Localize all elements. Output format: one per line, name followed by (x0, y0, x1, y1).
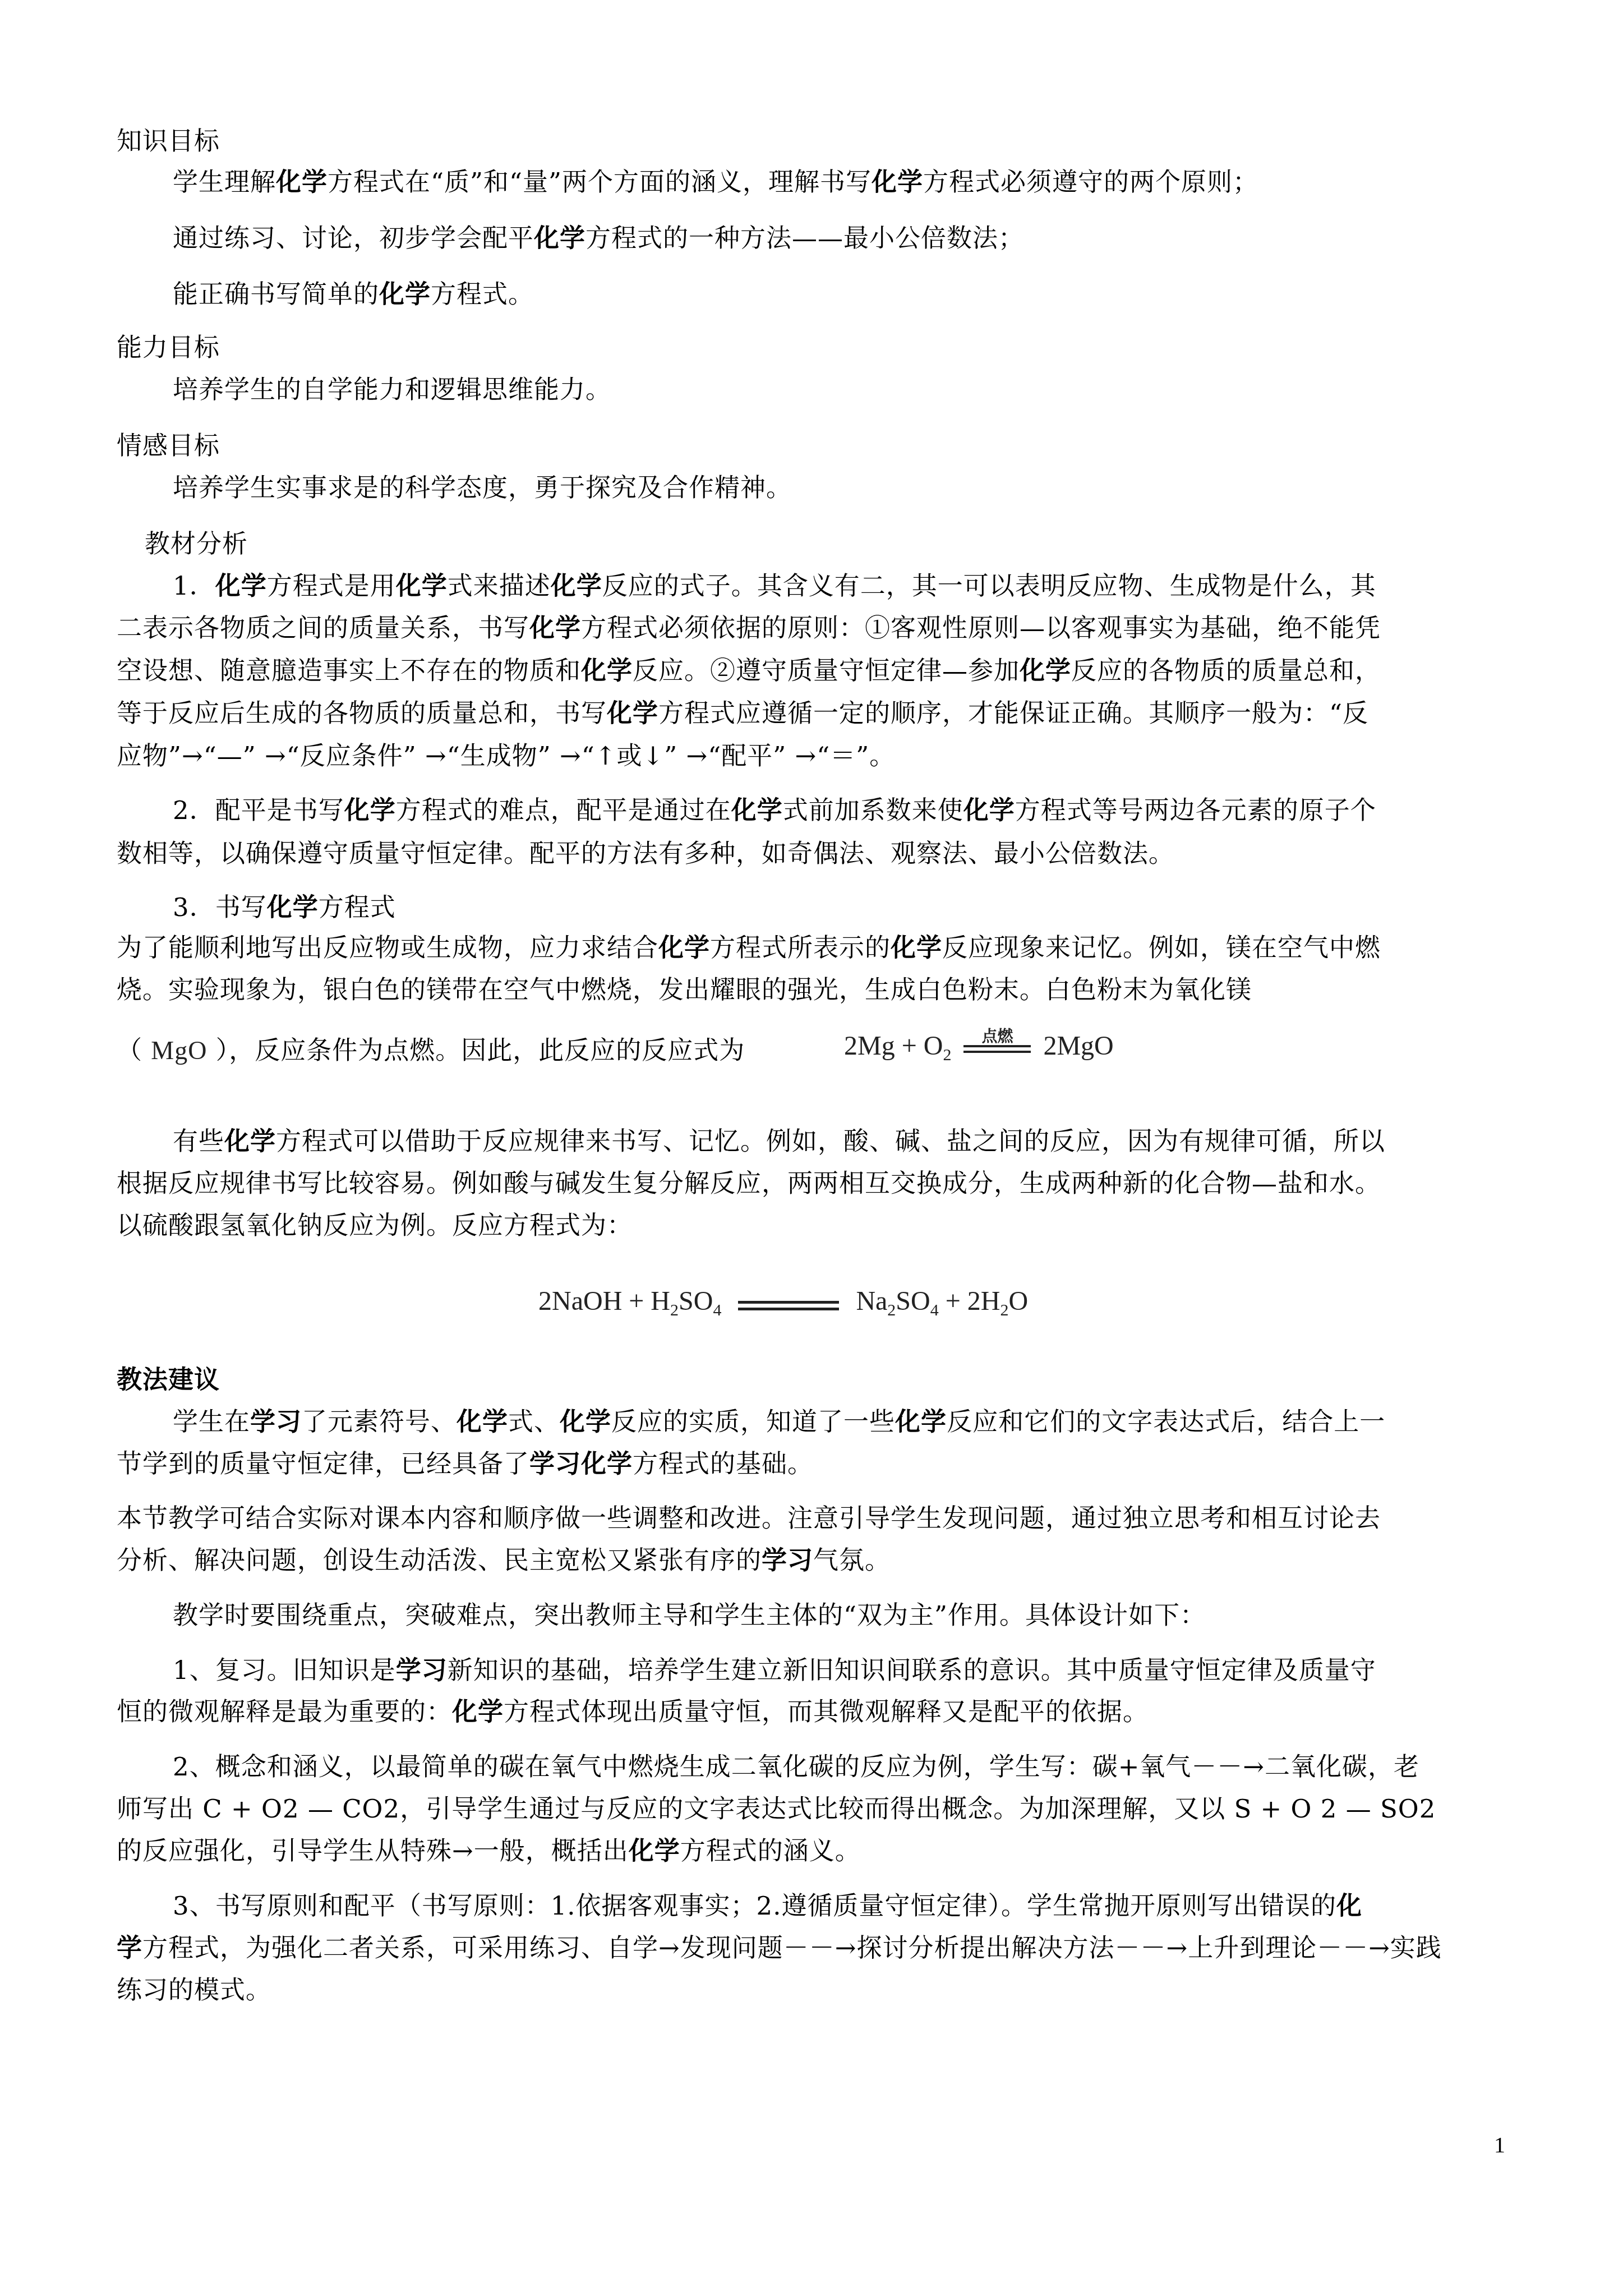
mg-combustion-equation: 2Mg + O2 点燃 2MgO (844, 1029, 1114, 1072)
knowledge-goal-1: 学生理解化学方程式在“质”和“量”两个方面的涵义，理解书写化学方程式必须遵守的两… (173, 165, 1258, 199)
naoh-h2so4-equation: 2NaOH + H2SO4 Na2SO4 + 2H2O (538, 1285, 1028, 1327)
teaching-p6-line-3: 练习的模式。 (117, 1973, 271, 2007)
teaching-p5-line-2: 师写出 C + O2 — CO2，引导学生通过与反应的文字表达式比较而得出概念。… (117, 1792, 1436, 1826)
analysis-p3-line-1: 为了能顺利地写出反应物或生成物，应力求结合化学方程式所表示的化学反应现象来记忆。… (117, 931, 1381, 965)
analysis-p3-line-2: 烧。实验现象为，银白色的镁带在空气中燃烧，发出耀眼的强光，生成白色粉末。白色粉末… (117, 973, 1252, 1007)
analysis-p4-line-1: 有些化学方程式可以借助于反应规律来书写、记忆。例如，酸、碱、盐之间的反应，因为有… (173, 1125, 1385, 1158)
analysis-p2-line-1: 2．配平是书写化学方程式的难点，配平是通过在化学式前加系数来使化学方程式等号两边… (173, 794, 1376, 827)
analysis-p3-line-3: （ MgO ），反应条件为点燃。因此，此反应的反应式为 (117, 1034, 745, 1068)
document-page: 知识目标 学生理解化学方程式在“质”和“量”两个方面的涵义，理解书写化学方程式必… (0, 0, 1623, 2296)
teaching-p1-line-2: 节学到的质量守恒定律，已经具备了学习化学方程式的基础。 (117, 1447, 813, 1481)
knowledge-goal-2: 通过练习、讨论，初步学会配平化学方程式的一种方法——最小公倍数法； (173, 222, 1024, 255)
teaching-p4-line-2: 恒的微观解释是最为重要的：化学方程式体现出质量守恒，而其微观解释又是配平的依据。 (117, 1695, 1149, 1729)
analysis-p1-line-1: 1．化学方程式是用化学式来描述化学反应的式子。其含义有二，其一可以表明反应物、生… (173, 569, 1376, 603)
teaching-p2-line-2: 分析、解决问题，创设生动活泼、民主宽松又紧张有序的学习气氛。 (117, 1544, 891, 1577)
analysis-p2-line-2: 数相等，以确保遵守质量守恒定律。配平的方法有多种，如奇偶法、观察法、最小公倍数法… (117, 837, 1174, 871)
analysis-p1-line-3: 空设想、随意臆造事实上不存在的物质和化学反应。②遵守质量守恒定律—参加化学反应的… (117, 654, 1381, 688)
teaching-p6-line-2: 学方程式，为强化二者关系，可采用练习、自学→发现问题－－→探讨分析提出解决方法－… (117, 1931, 1442, 1965)
teaching-p3: 教学时要围绕重点，突破难点，突出教师主导和学生主体的“双为主”作用。具体设计如下… (173, 1599, 1206, 1632)
heading-teaching-suggestions: 教法建议 (117, 1363, 220, 1397)
analysis-p1-line-5: 应物”→“—” →“反应条件” →“生成物” →“↑或↓” →“配平” →“＝”… (117, 739, 895, 773)
analysis-p3-title: 3．书写化学方程式 (173, 891, 396, 924)
mgo-formula: MgO (151, 1036, 207, 1065)
teaching-p4-line-1: 1、复习。旧知识是学习新知识的基础，培养学生建立新旧知识间联系的意识。其中质量守… (173, 1654, 1376, 1687)
teaching-p2-line-1: 本节教学可结合实际对课本内容和顺序做一些调整和改进。注意引导学生发现问题，通过独… (117, 1502, 1381, 1535)
reaction-condition-arrow: 点燃 (963, 1037, 1031, 1060)
analysis-p4-line-2: 根据反应规律书写比较容易。例如酸与碱发生复分解反应，两两相互交换成分，生成两种新… (117, 1167, 1381, 1200)
analysis-p1-line-2: 二表示各物质之间的质量关系，书写化学方程式必须依据的原则：①客观性原则—以客观事… (117, 611, 1381, 645)
teaching-p5-line-1: 2、概念和涵义，以最简单的碳在氧气中燃烧生成二氧化碳的反应为例，学生写：碳+氧气… (173, 1750, 1419, 1784)
analysis-p1-line-4: 等于反应后生成的各物质的质量总和，书写化学方程式应遵循一定的顺序，才能保证正确。… (117, 697, 1368, 730)
heading-emotion-goals: 情感目标 (117, 429, 220, 463)
analysis-p4-line-3: 以硫酸跟氢氧化钠反应为例。反应方程式为： (117, 1209, 633, 1243)
teaching-p6-line-1: 3、书写原则和配平（书写原则：1.依据客观事实；2.遵循质量守恒定律）。学生常抛… (173, 1889, 1362, 1923)
equals-sign (738, 1295, 839, 1312)
knowledge-goal-3: 能正确书写简单的化学方程式。 (173, 278, 534, 311)
heading-ability-goals: 能力目标 (117, 331, 220, 365)
teaching-p1-line-1: 学生在学习了元素符号、化学式、化学反应的实质，知道了一些化学反应和它们的文字表达… (173, 1405, 1385, 1439)
ability-goal-text: 培养学生的自学能力和逻辑思维能力。 (173, 373, 611, 407)
emotion-goal-text: 培养学生实事求是的科学态度，勇于探究及合作精神。 (173, 471, 792, 505)
heading-knowledge-goals: 知识目标 (117, 125, 220, 158)
teaching-p5-line-3: 的反应强化，引导学生从特殊→一般，概括出化学方程式的涵义。 (117, 1834, 861, 1868)
page-number: 1 (1494, 2132, 1505, 2158)
heading-textbook-analysis: 教材分析 (145, 527, 248, 561)
